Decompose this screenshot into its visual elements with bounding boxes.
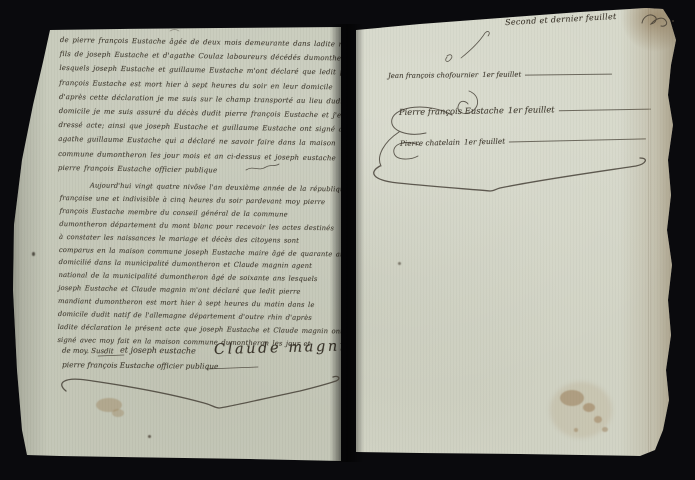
signature-prefix: de moy. Susdit [62,347,114,356]
foxing-spot [583,403,595,412]
ink-rule [559,108,651,112]
index-entry-eustache: Pierre françois Eustache 1er feuillet [399,103,651,117]
signature-joseph-eustache: et joseph eustache [120,345,196,355]
foxing-spot [602,427,608,432]
foxing-spot [574,428,578,432]
entry-name: Pierre françois Eustache [399,105,504,117]
entry-folio-ref: 1er feuillet [464,137,505,147]
foxing-spot [594,416,602,423]
ink-rule [525,73,612,76]
foxing-spot [560,390,584,406]
paraph-dot [672,20,674,22]
paper-crease [648,8,651,456]
binding-gutter [330,24,364,462]
entry-name: Pierre chatelain [400,138,460,148]
left-page-act-paragraph-2: Aujourd'hui vingt quatre nivôse l'an deu… [57,179,349,351]
speck [32,252,35,256]
entry-name: Jean françois chofournier [388,71,478,80]
speck [398,262,401,265]
entry-folio-ref: 1er feuillet [482,71,521,79]
entry-folio-ref: 1er feuillet [508,104,555,115]
header-annotation: Second et dernier feuillet [505,12,617,27]
index-entry-chofournier: Jean françois chofournier 1er feuillet [388,70,612,80]
scanned-register-spread: de pierre françois Eustache âgée de deux… [0,0,695,480]
speck [148,435,151,438]
officier-publique-line: pierre françois Eustache officier publiq… [62,360,218,371]
index-entry-chatelain: Pierre chatelain 1er feuillet [400,133,646,148]
ink-stain [112,409,124,417]
ink-rule [509,137,646,142]
